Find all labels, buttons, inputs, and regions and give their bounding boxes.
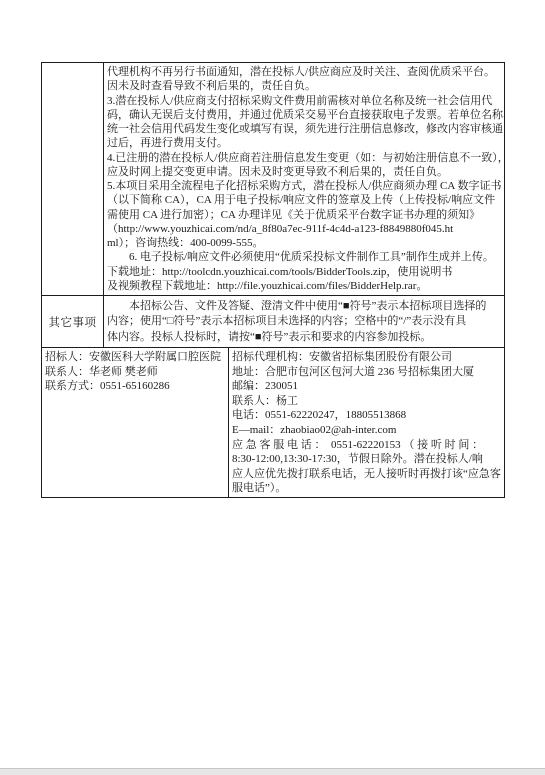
cell-other-matters-text: 本招标公告、文件及答疑、澄清文件中使用“■符号”表示本招标项目选择的内容；使用“… xyxy=(104,296,504,347)
text-line: 本招标公告、文件及答疑、澄清文件中使用“■符号”表示本招标项目选择的 xyxy=(107,299,501,314)
text-line: 统一社会信用代码发生变化或填写有误，须先进行注册信息修改，修改内容审核通 xyxy=(107,122,501,136)
text-line: 邮编：230051 xyxy=(232,379,501,394)
tender-notice-table: 代理机构不再另行书面通知，潜在投标人/供应商应及时关注、查阅优质采平台。因未及时… xyxy=(41,62,505,498)
text-line: 因未及时查看导致不利后果的，责任自负。 xyxy=(107,79,501,93)
text-line: 电话：0551-62220247，18805513868 xyxy=(232,408,501,423)
text-line: 服电话”）。 xyxy=(232,481,501,496)
row-notice-continuation: 代理机构不再另行书面通知，潜在投标人/供应商应及时关注、查阅优质采平台。因未及时… xyxy=(42,63,504,295)
text-line: 代理机构不再另行书面通知，潜在投标人/供应商应及时关注、查阅优质采平台。 xyxy=(107,65,501,79)
text-line: 需使用 CA 进行加密）；CA 办理详见《关于优质采平台数字证书办理的须知》 xyxy=(107,208,501,222)
text-line: 过后，再进行费用支付。 xyxy=(107,136,501,150)
text-line: 地址：合肥市包河区包河大道 236 号招标集团大厦 xyxy=(232,365,501,380)
row-other-matters: 其它事项 本招标公告、文件及答疑、澄清文件中使用“■符号”表示本招标项目选择的内… xyxy=(42,295,504,347)
text-line: 应人应优先拨打联系电话，无人接听时再拨打该“应急客 xyxy=(232,467,501,482)
text-line: 招标代理机构：安徽省招标集团股份有限公司 xyxy=(232,350,501,365)
text-line: E—mail：zhaobiao02@ah-inter.com xyxy=(232,423,501,438)
text-line: （以下简称 CA），CA 用于电子投标/响应文件的签章及上传（上传投标/响应文件 xyxy=(107,193,501,207)
text-line: 下载地址：http://toolcdn.youzhicai.com/tools/… xyxy=(107,265,501,279)
other-matters-label: 其它事项 xyxy=(42,296,104,347)
text-line: 联系人：华老师 樊老师 xyxy=(45,365,225,380)
text-line: 联系方式：0551-65160286 xyxy=(45,379,225,394)
text-line: 5.本项目采用全流程电子化招标采购方式，潜在投标人/供应商须办理 CA 数字证书 xyxy=(107,179,501,193)
text-line: 8:30-12:00,13:30-17:30，节假日除外。潜在投标人/响 xyxy=(232,452,501,467)
text-line: 内容；使用“□符号”表示本招标项目未选择的内容；空格中的“/”表示没有具 xyxy=(107,314,501,329)
text-line: 6. 电子投标/响应文件必须使用“优质采投标文件制作工具”制作生成并上传。 xyxy=(107,250,501,264)
text-line: 体内容。投标人投标时，请按“■符号”表示和要求的内容参加投标。 xyxy=(107,330,501,345)
text-line: 码，确认无误后支付费用，并通过优质采交易平台直接获取电子发票。若单位名称、 xyxy=(107,108,501,122)
text-line: 应及时网上提交变更申请。因未及时变更导致不利后果的，责任自负。 xyxy=(107,165,501,179)
text-line: （http://www.youzhicai.com/nd/a_8f80a7ec-… xyxy=(107,222,501,236)
text-line: 联系人：杨工 xyxy=(232,394,501,409)
text-line: ml）；咨询热线：400-0099-555。 xyxy=(107,236,501,250)
text-line: 3.潜在投标人/供应商支付招标采购文件费用前需核对单位名称及统一社会信用代 xyxy=(107,94,501,108)
cell-agency-contact: 招标代理机构：安徽省招标集团股份有限公司地址：合肥市包河区包河大道 236 号招… xyxy=(229,348,504,497)
cell-tenderer-contact: 招标人：安徽医科大学附属口腔医院联系人：华老师 樊老师联系方式：0551-651… xyxy=(42,348,229,497)
cell-notice-continuation-text: 代理机构不再另行书面通知，潜在投标人/供应商应及时关注、查阅优质采平台。因未及时… xyxy=(104,63,504,295)
text-line: 应 急 客 服 电 话 ： 0551-62220153 （ 接 听 时 间 ： xyxy=(232,438,501,453)
row-contacts: 招标人：安徽医科大学附属口腔医院联系人：华老师 樊老师联系方式：0551-651… xyxy=(42,347,504,497)
text-line: 4.已注册的潜在投标人/供应商若注册信息发生变更（如：与初始注册信息不一致）， xyxy=(107,151,501,165)
cell-label-empty xyxy=(42,63,104,295)
text-line: 及视频教程下载地址：http://file.youzhicai.com/file… xyxy=(107,279,501,293)
text-line: 招标人：安徽医科大学附属口腔医院 xyxy=(45,350,225,365)
page-bottom-edge xyxy=(0,768,545,775)
